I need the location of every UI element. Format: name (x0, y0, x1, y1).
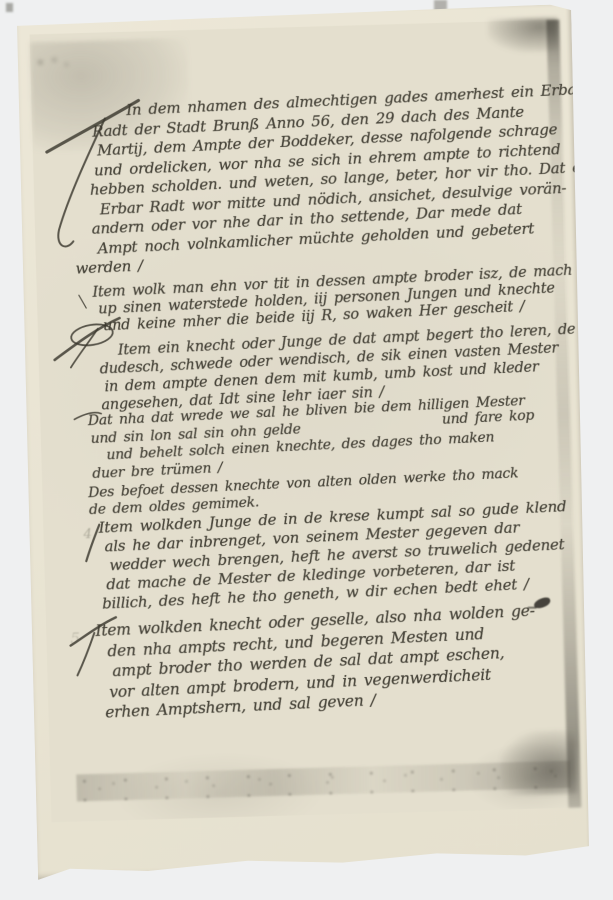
top-right-corner-smudge (487, 18, 558, 54)
manuscript-image: 4 5 In dem nhamen des almechtigen gades … (30, 20, 580, 822)
ink-blot (533, 596, 552, 610)
margin-mark: 5 (70, 629, 80, 647)
margin-stroke (79, 295, 86, 308)
manuscript-paragraph: In dem nhamen des almechtigen gades amer… (86, 80, 599, 279)
manuscript-paragraph: Item wolkden knecht oder geselle, also n… (101, 601, 539, 723)
photo-paper: 4 5 In dem nhamen des almechtigen gades … (15, 4, 593, 880)
bottom-exposure-band (76, 761, 571, 802)
manuscript-paragraph: Item wolkden Junge de in de krese kumpt … (98, 497, 570, 614)
margin-mark: 4 (83, 527, 92, 542)
scanner-artifact-speck (6, 3, 13, 12)
scan-background: 4 5 In dem nhamen des almechtigen gades … (0, 0, 613, 900)
